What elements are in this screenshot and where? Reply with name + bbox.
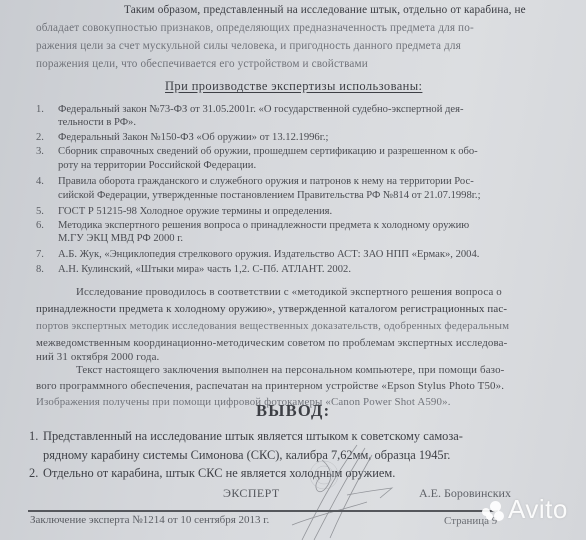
avito-watermark: Avito	[482, 494, 568, 525]
source-text: ГОСТ Р 51215-98 Холодное оружие термины …	[58, 205, 332, 219]
source-text: Методика экспертного решения вопроса о п…	[58, 219, 469, 233]
intro-line-4: поражения цели, что обеспечивается его у…	[36, 56, 368, 73]
footer-document-reference: Заключение эксперта №1214 от 10 сентября…	[30, 514, 269, 526]
source-number: 6.	[36, 219, 44, 233]
source-number: 8.	[36, 263, 44, 277]
intro-line-1: Таким образом, представленный на исследо…	[124, 2, 526, 19]
source-text: Федеральный закон №73-ФЗ от 31.05.2001г.…	[58, 103, 464, 117]
sources-heading: При производстве экспертизы использованы…	[165, 79, 422, 94]
equipment-line-1: Текст настоящего заключения выполнен на …	[76, 362, 504, 379]
source-text: тельности в РФ».	[58, 116, 136, 130]
equipment-line-3: Изображения получены при помощи цифровой…	[36, 394, 451, 411]
footer-divider	[28, 510, 498, 512]
conclusion-number: 1.	[29, 427, 38, 446]
source-number: 4.	[36, 175, 44, 189]
avito-brand-text: Avito	[508, 494, 568, 525]
methodology-line-2: принадлежности предмета к холодному оруж…	[36, 301, 507, 318]
source-text: А.Б. Жук, «Энциклопедия стрелкового оруж…	[58, 248, 479, 262]
avito-logo-icon	[482, 498, 506, 522]
methodology-line-3: портов экспертных методик исследования в…	[36, 318, 509, 335]
document-page: Таким образом, представленный на исследо…	[0, 0, 586, 540]
source-number: 5.	[36, 205, 44, 219]
conclusion-number: 2.	[29, 464, 38, 483]
equipment-line-2: вого программного обеспечения, распечата…	[36, 378, 504, 395]
source-text: А.Н. Кулинский, «Штыки мира» часть 1,2. …	[58, 263, 351, 277]
source-number: 7.	[36, 248, 44, 262]
methodology-line-1: Исследование проводилось в соответствии …	[76, 284, 502, 301]
handwritten-signature-icon	[262, 440, 412, 540]
source-text: сийской Федерации, утвержденные постанов…	[58, 189, 481, 203]
source-text: Правила оборота гражданского и служебног…	[58, 175, 474, 189]
intro-line-2: обладает совокупностью признаков, опреде…	[36, 20, 474, 37]
source-number: 2.	[36, 131, 44, 145]
source-text: Федеральный Закон №150-ФЗ «Об оружии» от…	[58, 131, 328, 145]
source-text: Сборник справочных сведений об оружии, п…	[58, 145, 478, 159]
source-number: 1.	[36, 103, 44, 117]
intro-line-3: ражения цели за счет мускульной силы чел…	[36, 38, 461, 55]
conclusion-heading: ВЫВОД:	[256, 401, 330, 421]
source-number: 3.	[36, 145, 44, 159]
source-text: роту на территории Российской Федерации.	[58, 159, 256, 173]
source-text: М.ГУ ЭКЦ МВД РФ 2000 г.	[58, 232, 183, 246]
